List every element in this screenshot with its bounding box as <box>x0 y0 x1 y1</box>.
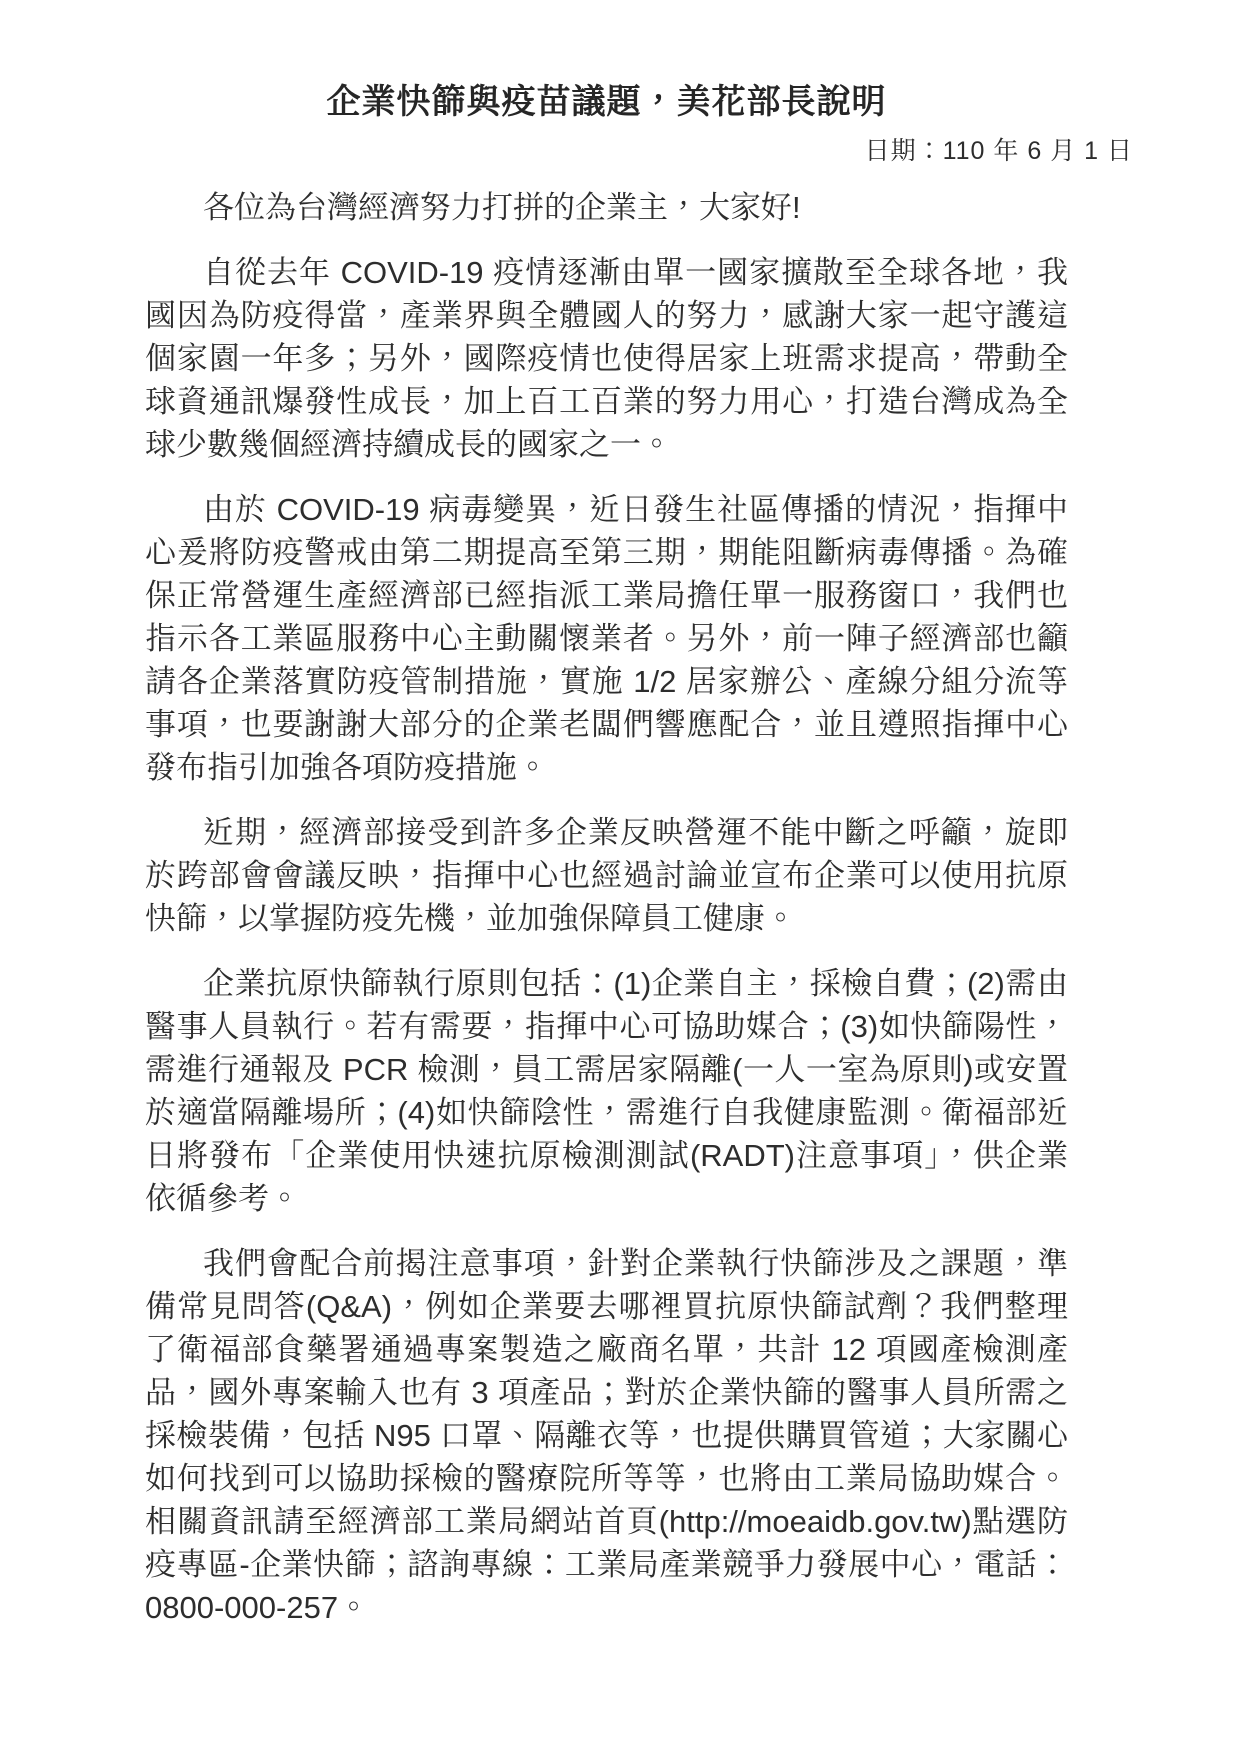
document-title: 企業快篩與疫苗議題，美花部長說明 <box>145 74 1068 123</box>
body-paragraph: 我們會配合前揭注意事項，針對企業執行快篩涉及之課題，準備常見問答(Q&A)，例如… <box>145 1242 1068 1629</box>
body-paragraph: 企業抗原快篩執行原則包括：(1)企業自主，採檢自費；(2)需由醫事人員執行。若有… <box>145 962 1068 1220</box>
body-paragraph: 自從去年 COVID-19 疫情逐漸由單一國家擴散至全球各地，我國因為防疫得當，… <box>145 251 1068 466</box>
body-paragraph: 由於 COVID-19 病毒變異，近日發生社區傳播的情況，指揮中心爰將防疫警戒由… <box>145 488 1068 789</box>
greeting-paragraph: 各位為台灣經濟努力打拼的企業主，大家好! <box>145 186 1068 229</box>
date-line: 日期：110 年 6 月 1 日 <box>145 131 1133 167</box>
body-paragraph: 近期，經濟部接受到許多企業反映營運不能中斷之呼籲，旋即於跨部會會議反映，指揮中心… <box>145 811 1068 940</box>
document-body: 各位為台灣經濟努力打拼的企業主，大家好! 自從去年 COVID-19 疫情逐漸由… <box>145 186 1068 1629</box>
document-page: 企業快篩與疫苗議題，美花部長說明 日期：110 年 6 月 1 日 各位為台灣經… <box>0 0 1241 1755</box>
